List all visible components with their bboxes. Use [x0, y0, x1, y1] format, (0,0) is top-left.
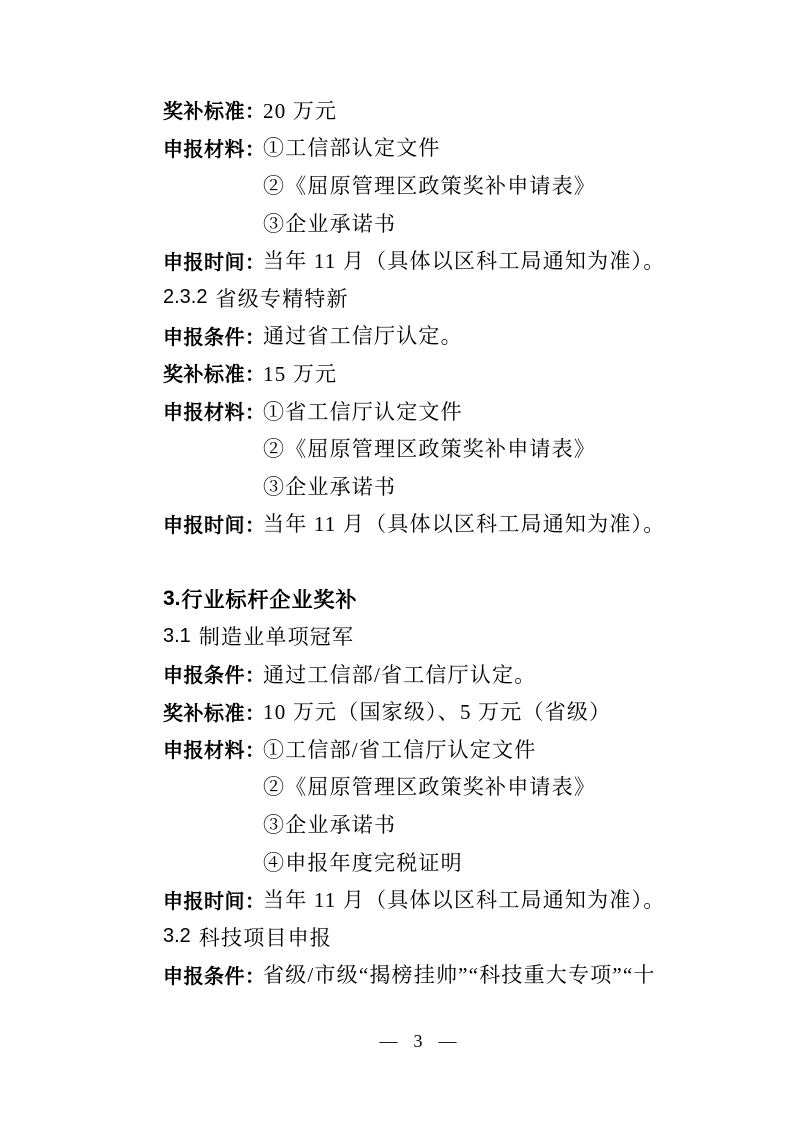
field-value: ①省工信厅认定文件 [263, 396, 463, 426]
subsection-title-text: 科技项目申报 [199, 922, 332, 952]
field-line: 奖补标准：10 万元（国家级）、5 万元（省级） [163, 693, 673, 731]
blank-line [163, 542, 673, 580]
page-number: 3 [414, 1031, 423, 1051]
field-line: 申报材料：①工信部认定文件 [163, 129, 673, 167]
field-line: 申报时间：当年 11 月（具体以区科工局通知为准）。 [163, 880, 673, 918]
field-line: 申报时间：当年 11 月（具体以区科工局通知为准）。 [163, 505, 673, 543]
sub-item-text: ③企业承诺书 [263, 208, 396, 238]
sub-item-line: ③企业承诺书 [163, 204, 673, 242]
page-footer: —3— [163, 1028, 673, 1054]
field-label: 奖补标准： [163, 95, 263, 124]
sub-item-text: ②《屈原管理区政策奖补申请表》 [263, 771, 596, 801]
field-label: 奖补标准： [163, 697, 263, 726]
field-value: 通过省工信厅认定。 [263, 320, 463, 350]
footer-dash-left: — [380, 1031, 398, 1051]
footer-dash-right: — [439, 1031, 457, 1051]
field-value: 20 万元 [263, 95, 337, 125]
field-line: 申报时间：当年 11 月（具体以区科工局通知为准）。 [163, 241, 673, 279]
field-value: ①工信部认定文件 [263, 132, 441, 162]
subsection-title-text: 省级专精特新 [215, 283, 348, 313]
subsection-title: 3.2科技项目申报 [163, 918, 673, 956]
field-line: 奖补标准：20 万元 [163, 91, 673, 129]
field-value: 通过工信部/省工信厅认定。 [263, 659, 536, 689]
sub-item-text: ③企业承诺书 [263, 809, 396, 839]
field-line: 奖补标准：15 万元 [163, 354, 673, 392]
field-line: 申报材料：①省工信厅认定文件 [163, 392, 673, 430]
field-line: 申报条件：通过省工信厅认定。 [163, 317, 673, 355]
sub-item-line: ③企业承诺书 [163, 805, 673, 843]
subsection-title: 3.1制造业单项冠军 [163, 617, 673, 655]
section-number: 3.2 [163, 925, 191, 948]
section-heading: 3.行业标杆企业奖补 [163, 580, 673, 618]
field-value: 15 万元 [263, 358, 337, 388]
section-number: 3.1 [163, 625, 191, 648]
sub-item-text: ③企业承诺书 [263, 471, 396, 501]
field-label: 申报时间： [163, 246, 263, 275]
field-line: 申报条件：省级/市级“揭榜挂帅”“科技重大专项”“十 [163, 956, 673, 994]
sub-item-text: ②《屈原管理区政策奖补申请表》 [263, 433, 596, 463]
field-label: 申报时间： [163, 509, 263, 538]
field-label: 申报时间： [163, 885, 263, 914]
section-number: 2.3.2 [163, 286, 207, 309]
sub-item-line: ④申报年度完税证明 [163, 843, 673, 881]
field-label: 申报材料： [163, 396, 263, 425]
field-value: 当年 11 月（具体以区科工局通知为准）。 [263, 508, 665, 538]
section-heading-text: 行业标杆企业奖补 [182, 584, 358, 614]
field-label: 申报材料： [163, 734, 263, 763]
field-label: 申报条件： [163, 659, 263, 688]
doc-body: 奖补标准：20 万元申报材料：①工信部认定文件②《屈原管理区政策奖补申请表》③企… [163, 91, 673, 993]
field-line: 申报材料：①工信部/省工信厅认定文件 [163, 730, 673, 768]
field-value: 省级/市级“揭榜挂帅”“科技重大专项”“十 [263, 959, 656, 989]
document-page: 奖补标准：20 万元申报材料：①工信部认定文件②《屈原管理区政策奖补申请表》③企… [0, 0, 793, 1122]
sub-item-line: ③企业承诺书 [163, 467, 673, 505]
sub-item-line: ②《屈原管理区政策奖补申请表》 [163, 768, 673, 806]
field-value: 10 万元（国家级）、5 万元（省级） [263, 696, 611, 726]
field-label: 申报条件： [163, 321, 263, 350]
sub-item-line: ②《屈原管理区政策奖补申请表》 [163, 429, 673, 467]
field-value: ①工信部/省工信厅认定文件 [263, 734, 536, 764]
sub-item-text: ②《屈原管理区政策奖补申请表》 [263, 170, 596, 200]
subsection-title-text: 制造业单项冠军 [199, 621, 354, 651]
field-value: 当年 11 月（具体以区科工局通知为准）。 [263, 245, 665, 275]
field-label: 奖补标准： [163, 358, 263, 387]
field-line: 申报条件：通过工信部/省工信厅认定。 [163, 655, 673, 693]
sub-item-text: ④申报年度完税证明 [263, 847, 463, 877]
section-number: 3. [163, 587, 181, 611]
field-label: 申报条件： [163, 960, 263, 989]
subsection-title: 2.3.2省级专精特新 [163, 279, 673, 317]
sub-item-line: ②《屈原管理区政策奖补申请表》 [163, 166, 673, 204]
field-label: 申报材料： [163, 133, 263, 162]
field-value: 当年 11 月（具体以区科工局通知为准）。 [263, 884, 665, 914]
